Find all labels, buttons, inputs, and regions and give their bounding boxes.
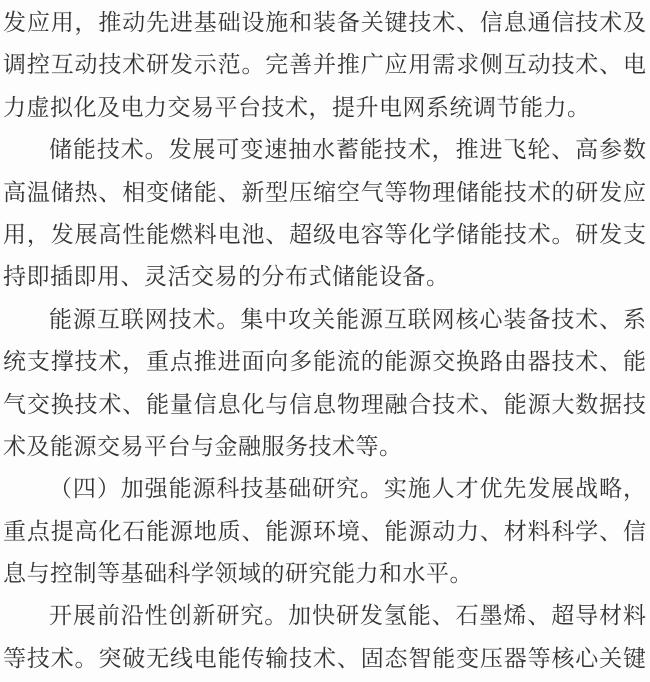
text-line: 发应用，推动先进基础设施和装备关键技术、信息通信技术及: [3, 2, 646, 44]
text-line: 调控互动技术研发示范。完善并推广应用需求侧互动技术、电: [3, 44, 646, 86]
text-line: 气交换技术、能量信息化与信息物理融合技术、能源大数据技: [3, 384, 646, 426]
text-line: 储能技术。发展可变速抽水蓄能技术，推进飞轮、高参数: [3, 129, 646, 171]
text-line: 重点提高化石能源地质、能源环境、能源动力、材料科学、信: [3, 511, 646, 553]
text-line: 用，发展高性能燃料电池、超级电容等化学储能技术。研发支: [3, 214, 646, 256]
text-line: 等技术。突破无线电能传输技术、固态智能变压器等核心关键: [3, 638, 646, 680]
text-line: 息与控制等基础科学领域的研究能力和水平。: [3, 553, 646, 595]
text-line: 开展前沿性创新研究。加快研发氢能、石墨烯、超导材料: [3, 595, 646, 637]
text-line: 持即插即用、灵活交易的分布式储能设备。: [3, 256, 646, 298]
text-line: 能源互联网技术。集中攻关能源互联网核心装备技术、系: [3, 299, 646, 341]
text-line: （四）加强能源科技基础研究。实施人才优先发展战略，: [3, 468, 646, 510]
text-line: 术及能源交易平台与金融服务技术等。: [3, 426, 646, 468]
text-line: 力虚拟化及电力交易平台技术，提升电网系统调节能力。: [3, 87, 646, 129]
text-line: 统支撑技术，重点推进面向多能流的能源交换路由器技术、能: [3, 341, 646, 383]
text-line: 高温储热、相变储能、新型压缩空气等物理储能技术的研发应: [3, 172, 646, 214]
document-page: 发应用，推动先进基础设施和装备关键技术、信息通信技术及 调控互动技术研发示范。完…: [0, 0, 650, 682]
